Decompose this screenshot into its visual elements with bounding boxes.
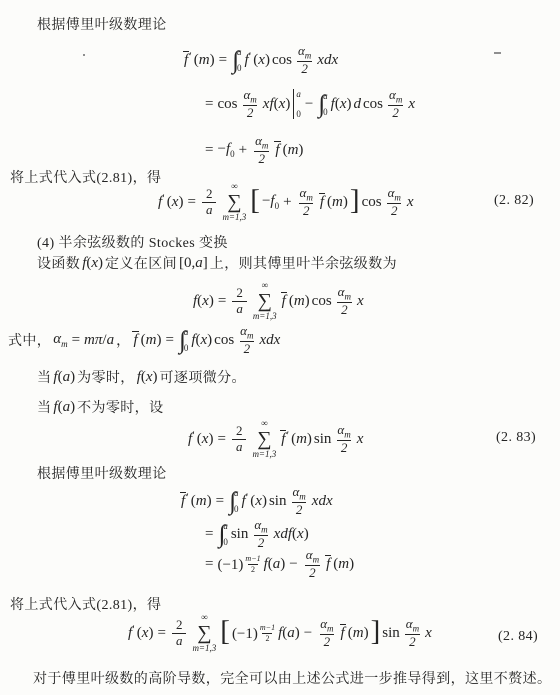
- integral-0-a: ∫a0: [218, 520, 227, 548]
- fraction-2-over-a: 2a: [232, 424, 247, 455]
- tok-alpha: α: [306, 547, 313, 562]
- tok-cos: cos: [363, 96, 383, 113]
- left-bracket: [: [220, 620, 230, 643]
- f-bar: f: [325, 556, 331, 573]
- tok-rp: ): [285, 96, 290, 112]
- f-of-x: f(x): [331, 96, 352, 113]
- minus-f0: −f0: [262, 193, 279, 211]
- tok-alpha: α: [255, 133, 262, 148]
- fraction-alpha-m-over-2: αm2: [252, 518, 269, 551]
- num: αm: [298, 186, 315, 203]
- tok-rp: ): [210, 52, 215, 68]
- tok-two: 2: [297, 61, 312, 77]
- tok-x: x: [425, 625, 432, 642]
- tok-rp: ): [343, 194, 348, 210]
- tok-m: m: [327, 623, 334, 633]
- paren-x: (x): [250, 493, 267, 510]
- tok-m: m: [61, 339, 68, 349]
- tok-cos: cos: [217, 96, 237, 113]
- paren-m: (m): [194, 52, 215, 69]
- tok-two: 2: [234, 286, 245, 301]
- tok-x: x: [297, 526, 304, 542]
- fraction-2-over-a: 2a: [232, 286, 247, 317]
- tok-eq: =: [72, 332, 80, 349]
- left-bracket: [: [250, 189, 260, 212]
- f-bar-prime: f′: [183, 52, 192, 69]
- num: αm: [253, 134, 270, 151]
- tok-eq: =: [166, 332, 174, 349]
- tok-x: x: [258, 52, 265, 68]
- tok-a: a: [172, 633, 187, 649]
- tok-zero: 0: [296, 109, 301, 119]
- tok-when: 当: [37, 397, 51, 417]
- tok-cos: cos: [272, 52, 292, 69]
- paren-m: (m): [333, 556, 354, 573]
- tok-m: m: [305, 51, 312, 61]
- tok-rp: ): [178, 194, 183, 210]
- tok-eq: =: [218, 293, 226, 310]
- equation-fbar-sin-integral: f′ (m) = ∫a0 f′ (x) sin αm2 xdx: [180, 485, 333, 518]
- tok-zero: 0: [275, 201, 280, 211]
- f-of-a: f(a): [53, 399, 75, 416]
- tok-eq: =: [219, 52, 227, 69]
- tok-rp: ): [70, 399, 75, 415]
- tok-d: d: [318, 493, 326, 509]
- equation-half-cosine-series: f(x) = 2a ∞∑m=1,3 f (m) cos αm2 x: [193, 281, 364, 321]
- f-of-x: f(x): [193, 293, 214, 310]
- f-prime: f′: [244, 52, 251, 69]
- tok-inf: ∞: [201, 613, 207, 622]
- tok-zero: 0: [234, 504, 239, 514]
- tok-rp: ): [349, 556, 354, 572]
- x-f-of-x: xf(x): [263, 96, 291, 113]
- num: αm: [252, 518, 269, 535]
- tok-inf: ∞: [231, 182, 237, 191]
- f-prime: f′: [128, 625, 135, 642]
- f-bar-prime: f′: [180, 493, 189, 510]
- tok-rp: ): [157, 332, 162, 348]
- tok-x: x: [255, 493, 262, 509]
- tok-f: f: [241, 493, 245, 509]
- tok-define_post: 上，则其傅里叶半余弦级数为: [210, 253, 397, 273]
- paren-m: (m): [141, 332, 162, 349]
- m-pi-over-a: mπ/a: [84, 332, 114, 349]
- tok-rp: ): [298, 142, 303, 158]
- tok-m: m: [296, 431, 307, 447]
- tok-substitute: 将上式代入式(2.81)，得: [10, 167, 161, 187]
- tok-a: a: [237, 47, 242, 57]
- tok-eq: =: [187, 194, 195, 211]
- f-bar-prime: f′: [280, 431, 289, 448]
- tok-zero: 0: [237, 63, 242, 73]
- tok-a: a: [107, 332, 115, 348]
- paren-m: (m): [283, 142, 304, 159]
- tok-e82: (2. 82): [494, 193, 534, 209]
- scanned-document-page: 根据傅里叶级数理论 f′ (m) = ∫a0 f′ (x) cos αm2 xd…: [0, 0, 560, 695]
- tok-neg_one: (−1): [232, 626, 258, 642]
- paragraph-when-zero: 当 f(a) 为零时， f(x) 可逐项微分。: [37, 367, 246, 387]
- tok-two: 2: [248, 564, 258, 575]
- tok-two: 2: [299, 203, 314, 219]
- tok-prime: ′: [249, 49, 252, 63]
- ilims: a0: [237, 46, 242, 74]
- paren-x: (x): [137, 625, 154, 642]
- tok-a: a: [63, 399, 71, 415]
- num: αm: [296, 44, 313, 61]
- tok-prime: ′: [189, 49, 192, 63]
- summation-m-1-3-inf: ∞∑m=1,3: [192, 613, 216, 653]
- paren-x: (x): [253, 52, 270, 69]
- tok-m: m: [344, 291, 351, 301]
- tok-theory: 根据傅里叶级数理论: [37, 463, 167, 483]
- fraction-alpha-m-over-2: αm2: [404, 617, 421, 650]
- tok-zero: 0: [230, 149, 235, 159]
- summation-m-1-3-inf: ∞∑m=1,3: [253, 281, 277, 321]
- ilims: a0: [223, 520, 228, 548]
- tok-rp: ): [98, 255, 103, 271]
- f-prime: f′: [188, 431, 195, 448]
- evaluation-bar-0-a: a0: [293, 89, 301, 119]
- paragraph-theory-2: 根据傅里叶级数理论: [37, 463, 167, 483]
- tok-eq: =: [205, 142, 213, 159]
- tok-m: m: [262, 141, 269, 151]
- tok-f: f: [244, 52, 248, 68]
- equation-number-2-84: (2. 84): [498, 629, 538, 645]
- right-bracket: ]: [371, 620, 381, 643]
- tok-neg_one: (−1): [217, 557, 243, 573]
- num: αm: [304, 548, 321, 565]
- right-bracket: ]: [350, 189, 360, 212]
- tok-a: a: [234, 488, 239, 498]
- summation-m-1-3-inf: ∞∑m=1,3: [252, 419, 276, 459]
- fraction-alpha-m-over-2: αm2: [304, 548, 321, 581]
- tok-x: x: [274, 332, 281, 348]
- f-prime: f′: [241, 493, 248, 510]
- tok-minus: −: [305, 96, 313, 113]
- tok-sumidx: m=1,3: [192, 644, 216, 653]
- neg-one-exponent: (−1)m−12: [232, 623, 276, 643]
- tok-eq: =: [216, 493, 224, 510]
- tok-minus: −: [289, 556, 297, 573]
- tok-eq: =: [205, 526, 213, 543]
- integral-0-a: ∫a0: [229, 487, 238, 515]
- f-of-x: f(x): [191, 332, 212, 349]
- tok-inf: ∞: [261, 419, 267, 428]
- tok-sumidx: m=1,3: [253, 312, 277, 321]
- tok-m: m: [396, 95, 403, 105]
- tok-a: a: [223, 521, 228, 531]
- tok-cos: cos: [312, 293, 332, 310]
- tok-d: d: [280, 526, 288, 542]
- paragraph-closing: 对于傅里叶级数的高阶导数，完全可以由上述公式进一步推导得到，这里不赘述。: [33, 668, 551, 688]
- tok-x: x: [408, 96, 415, 113]
- equation-neg-one-power: = (−1)m−12 f(a) − αm2 f (m): [203, 548, 354, 581]
- fraction-alpha-m-over-2: αm2: [290, 485, 307, 518]
- tok-a: a: [232, 301, 247, 317]
- tok-two: 2: [337, 302, 352, 318]
- tok-x: x: [202, 293, 209, 309]
- tok-two: 2: [337, 440, 352, 456]
- tok-when: 当: [37, 367, 51, 387]
- paragraph-define-function: 设函数 f(x) 定义在区间 [0,a] 上，则其傅里叶半余弦级数为: [37, 253, 397, 273]
- fraction-alpha-m-over-2: αm2: [253, 134, 270, 167]
- tok-m: m: [294, 293, 305, 309]
- num: αm: [386, 186, 403, 203]
- tok-sin: sin: [231, 526, 249, 543]
- paragraph-substitute-1: 将上式代入式(2.81)，得: [10, 167, 161, 187]
- equation-number-2-82: (2. 82): [494, 193, 534, 209]
- f-bar: f: [132, 332, 138, 349]
- tok-x: x: [317, 52, 324, 68]
- exponent-fraction: m−12: [259, 623, 276, 643]
- tok-two: 2: [234, 424, 245, 439]
- tok-m: m: [338, 556, 349, 572]
- tok-zero: 0: [323, 107, 328, 117]
- paragraph-where-definitions: 式中， αm = mπ/a ， f (m) = ∫a0 f(x) cos αm2…: [8, 324, 280, 357]
- f-bar: f: [340, 625, 346, 642]
- tok-d: d: [353, 96, 361, 113]
- tok-x: x: [357, 293, 364, 310]
- alpha-m: αm: [53, 331, 67, 349]
- fraction-alpha-m-over-2: αm2: [318, 617, 335, 650]
- f-of-a: f(a): [53, 369, 75, 386]
- tok-a: a: [195, 255, 203, 271]
- fraction-2-over-a: 2a: [172, 618, 187, 649]
- tok-a: a: [287, 625, 295, 641]
- tok-prime: ′: [192, 428, 195, 442]
- f-of-x: f(x): [82, 255, 103, 272]
- tok-rp: ): [304, 526, 309, 542]
- tok-sum: ∑: [197, 622, 211, 644]
- tok-two: 2: [387, 203, 402, 219]
- tok-a: a: [323, 91, 328, 101]
- tok-two: 2: [174, 618, 185, 633]
- tok-m: m: [261, 525, 268, 535]
- tok-rp: ): [346, 96, 351, 112]
- tok-rp: ): [307, 431, 312, 447]
- x-dx: xdx: [260, 332, 281, 349]
- tok-m_minus_1: m−1: [244, 554, 261, 564]
- f-bar: f: [281, 293, 287, 310]
- fraction-2-over-a: 2a: [202, 187, 217, 218]
- summation-m-1-3-inf: ∞∑m=1,3: [222, 182, 246, 222]
- tok-cos: cos: [362, 194, 382, 211]
- tok-minus: −: [304, 625, 312, 642]
- tok-substitute: 将上式代入式(2.81)，得: [10, 594, 161, 614]
- tok-sumidx: m=1,3: [222, 213, 246, 222]
- tok-two: 2: [262, 633, 272, 644]
- paren-m: (m): [191, 493, 212, 510]
- tok-plus: +: [239, 142, 247, 159]
- tok-prime: ′: [246, 490, 249, 504]
- tok-two: 2: [305, 565, 320, 581]
- f-prime: f′: [158, 194, 165, 211]
- tok-rp: ): [262, 493, 267, 509]
- tok-rp: ): [207, 493, 212, 509]
- tok-closing: 对于傅里叶级数的高阶导数，完全可以由上述公式进一步推导得到，这里不赘述。: [33, 668, 551, 688]
- tok-rp: ): [209, 293, 214, 309]
- tok-eq: =: [205, 96, 213, 113]
- tok-rp: ): [280, 556, 285, 572]
- fraction-alpha-m-over-2: αm2: [241, 88, 258, 121]
- minus-f0: −f0: [217, 141, 234, 159]
- paren-x: (x): [197, 431, 214, 448]
- tok-theory: 根据傅里叶级数理论: [37, 14, 167, 34]
- exponent-fraction: m−12: [244, 554, 261, 574]
- x-d-f-of-x: xdf(x): [274, 526, 309, 543]
- ilims: a0: [323, 90, 328, 118]
- tok-eq: =: [157, 625, 165, 642]
- tok-m_minus_1: m−1: [259, 623, 276, 633]
- tok-rp: ): [265, 52, 270, 68]
- tok-two: 2: [320, 634, 335, 650]
- tok-rbk: ]: [203, 255, 208, 271]
- tok-two: 2: [240, 341, 255, 357]
- tok-m: m: [353, 625, 364, 641]
- tok-prime: ′: [286, 428, 289, 442]
- num: αm: [335, 423, 352, 440]
- fraction-alpha-m-over-2: αm2: [298, 186, 315, 219]
- tok-zero: 0: [223, 537, 228, 547]
- fraction-alpha-m-over-2: αm2: [386, 186, 403, 219]
- tok-alpha: α: [240, 323, 247, 338]
- tok-two: 2: [405, 634, 420, 650]
- tok-a: a: [184, 327, 189, 337]
- f-of-x: f(x): [137, 369, 158, 386]
- tok-m: m: [84, 332, 95, 348]
- integral-0-a: ∫a0: [232, 46, 241, 74]
- tok-m: m: [247, 331, 254, 341]
- tok-comma: ，: [116, 330, 130, 350]
- tok-m: m: [306, 192, 313, 202]
- tok-alpha: α: [406, 616, 413, 631]
- tok-e83: (2. 83): [496, 430, 536, 446]
- equation-fbar-cos-integral: f′ (m) = ∫a0 f′ (x) cos αm2 xdx: [183, 44, 338, 77]
- paren-m: (m): [327, 194, 348, 211]
- ilims: a0: [234, 487, 239, 515]
- num: αm: [404, 617, 421, 634]
- x-dx: xdx: [317, 52, 338, 69]
- num: αm: [290, 485, 307, 502]
- fraction-alpha-m-over-2: αm2: [238, 324, 255, 357]
- tok-eq: =: [205, 556, 213, 573]
- tok-sin: sin: [314, 431, 332, 448]
- fraction-alpha-m-over-2: αm2: [387, 88, 404, 121]
- num: αm: [318, 617, 335, 634]
- tok-two: 2: [204, 187, 215, 202]
- tok-a: a: [232, 439, 247, 455]
- tok-x: x: [331, 52, 338, 68]
- tok-plus: +: [283, 194, 291, 211]
- tok-m: m: [288, 142, 299, 158]
- integral-0-a: ∫a0: [318, 90, 327, 118]
- neg-one-exponent: (−1)m−12: [217, 554, 261, 574]
- scan-artifact-dot: [83, 54, 85, 56]
- integral-0-a: ∫a0: [179, 326, 188, 354]
- tok-a: a: [296, 89, 301, 99]
- tok-define_mid: 定义在区间: [105, 253, 177, 273]
- tok-zero: 0: [184, 255, 192, 271]
- ilims: a0: [184, 326, 189, 354]
- tok-x: x: [407, 194, 414, 211]
- tok-define_pre: 设函数: [37, 253, 80, 273]
- tok-m: m: [250, 95, 257, 105]
- f-of-a: f(a): [278, 625, 300, 642]
- x-dx: xdx: [312, 493, 333, 510]
- tok-rp: ): [295, 625, 300, 641]
- tok-minus: −: [217, 141, 225, 157]
- tok-prime: ′: [186, 490, 189, 504]
- fraction-alpha-m-over-2: αm2: [336, 285, 353, 318]
- tok-m: m: [413, 623, 420, 633]
- tok-cos: cos: [214, 332, 234, 349]
- tok-section4: (4) 半余弦级数的 Stockes 变换: [37, 232, 228, 252]
- tok-m: m: [146, 332, 157, 348]
- tok-prime: ′: [162, 191, 165, 205]
- equation-minus-f0: = −f0 + αm2 f (m): [203, 134, 303, 167]
- tok-nonzero_post: 不为零时，设: [77, 397, 163, 417]
- scan-artifact-dash: [494, 52, 501, 54]
- num: αm: [336, 285, 353, 302]
- tok-rp: ): [364, 625, 369, 641]
- num: αm: [238, 324, 255, 341]
- f-of-a: f(a): [264, 556, 286, 573]
- tok-prime: ′: [132, 622, 135, 636]
- tok-zero: 0: [184, 343, 189, 353]
- tok-two: 2: [243, 105, 258, 121]
- tok-two: 2: [388, 105, 403, 121]
- tok-sin: sin: [382, 625, 400, 642]
- tok-rp: ): [153, 369, 158, 385]
- tok-sum: ∑: [258, 290, 272, 312]
- tok-x: x: [357, 431, 364, 448]
- tok-e84: (2. 84): [498, 629, 538, 645]
- tok-alpha: α: [53, 331, 61, 347]
- tok-x: x: [326, 493, 333, 509]
- tok-x: x: [146, 369, 153, 385]
- tok-eq: =: [217, 431, 225, 448]
- equation-2-83: f′ (x) = 2a ∞∑m=1,3 f′ (m) sin αm2 x: [188, 419, 363, 459]
- paren-m: (m): [291, 431, 312, 448]
- tok-m: m: [344, 429, 351, 439]
- num: αm: [387, 88, 404, 105]
- tok-rp: ): [208, 431, 213, 447]
- tok-m: m: [196, 493, 207, 509]
- num: αm: [241, 88, 258, 105]
- tok-where: 式中，: [8, 330, 51, 350]
- tok-alpha: α: [298, 43, 305, 58]
- paragraph-substitute-2: 将上式代入式(2.81)，得: [10, 594, 161, 614]
- fraction-alpha-m-over-2: αm2: [335, 423, 352, 456]
- paren-m: (m): [348, 625, 369, 642]
- paren-x: (x): [167, 194, 184, 211]
- equation-2-84: f′ (x) = 2a ∞∑m=1,3 [ (−1)m−12 f(a) − αm…: [128, 613, 432, 653]
- tok-alpha: α: [389, 87, 396, 102]
- tok-two: 2: [254, 151, 269, 167]
- section-4-heading: (4) 半余弦级数的 Stockes 变换: [37, 232, 228, 252]
- tok-m: m: [332, 194, 343, 210]
- paragraph-theory-1: 根据傅里叶级数理论: [37, 14, 167, 34]
- paren-m: (m): [289, 293, 310, 310]
- tok-a: a: [202, 202, 217, 218]
- tok-rp: ): [148, 625, 153, 641]
- tok-m: m: [299, 492, 306, 502]
- tok-m: m: [199, 52, 210, 68]
- fraction-alpha-m-over-2: αm2: [296, 44, 313, 77]
- tok-two: 2: [292, 502, 307, 518]
- tok-rp: ): [70, 369, 75, 385]
- tok-a: a: [63, 369, 71, 385]
